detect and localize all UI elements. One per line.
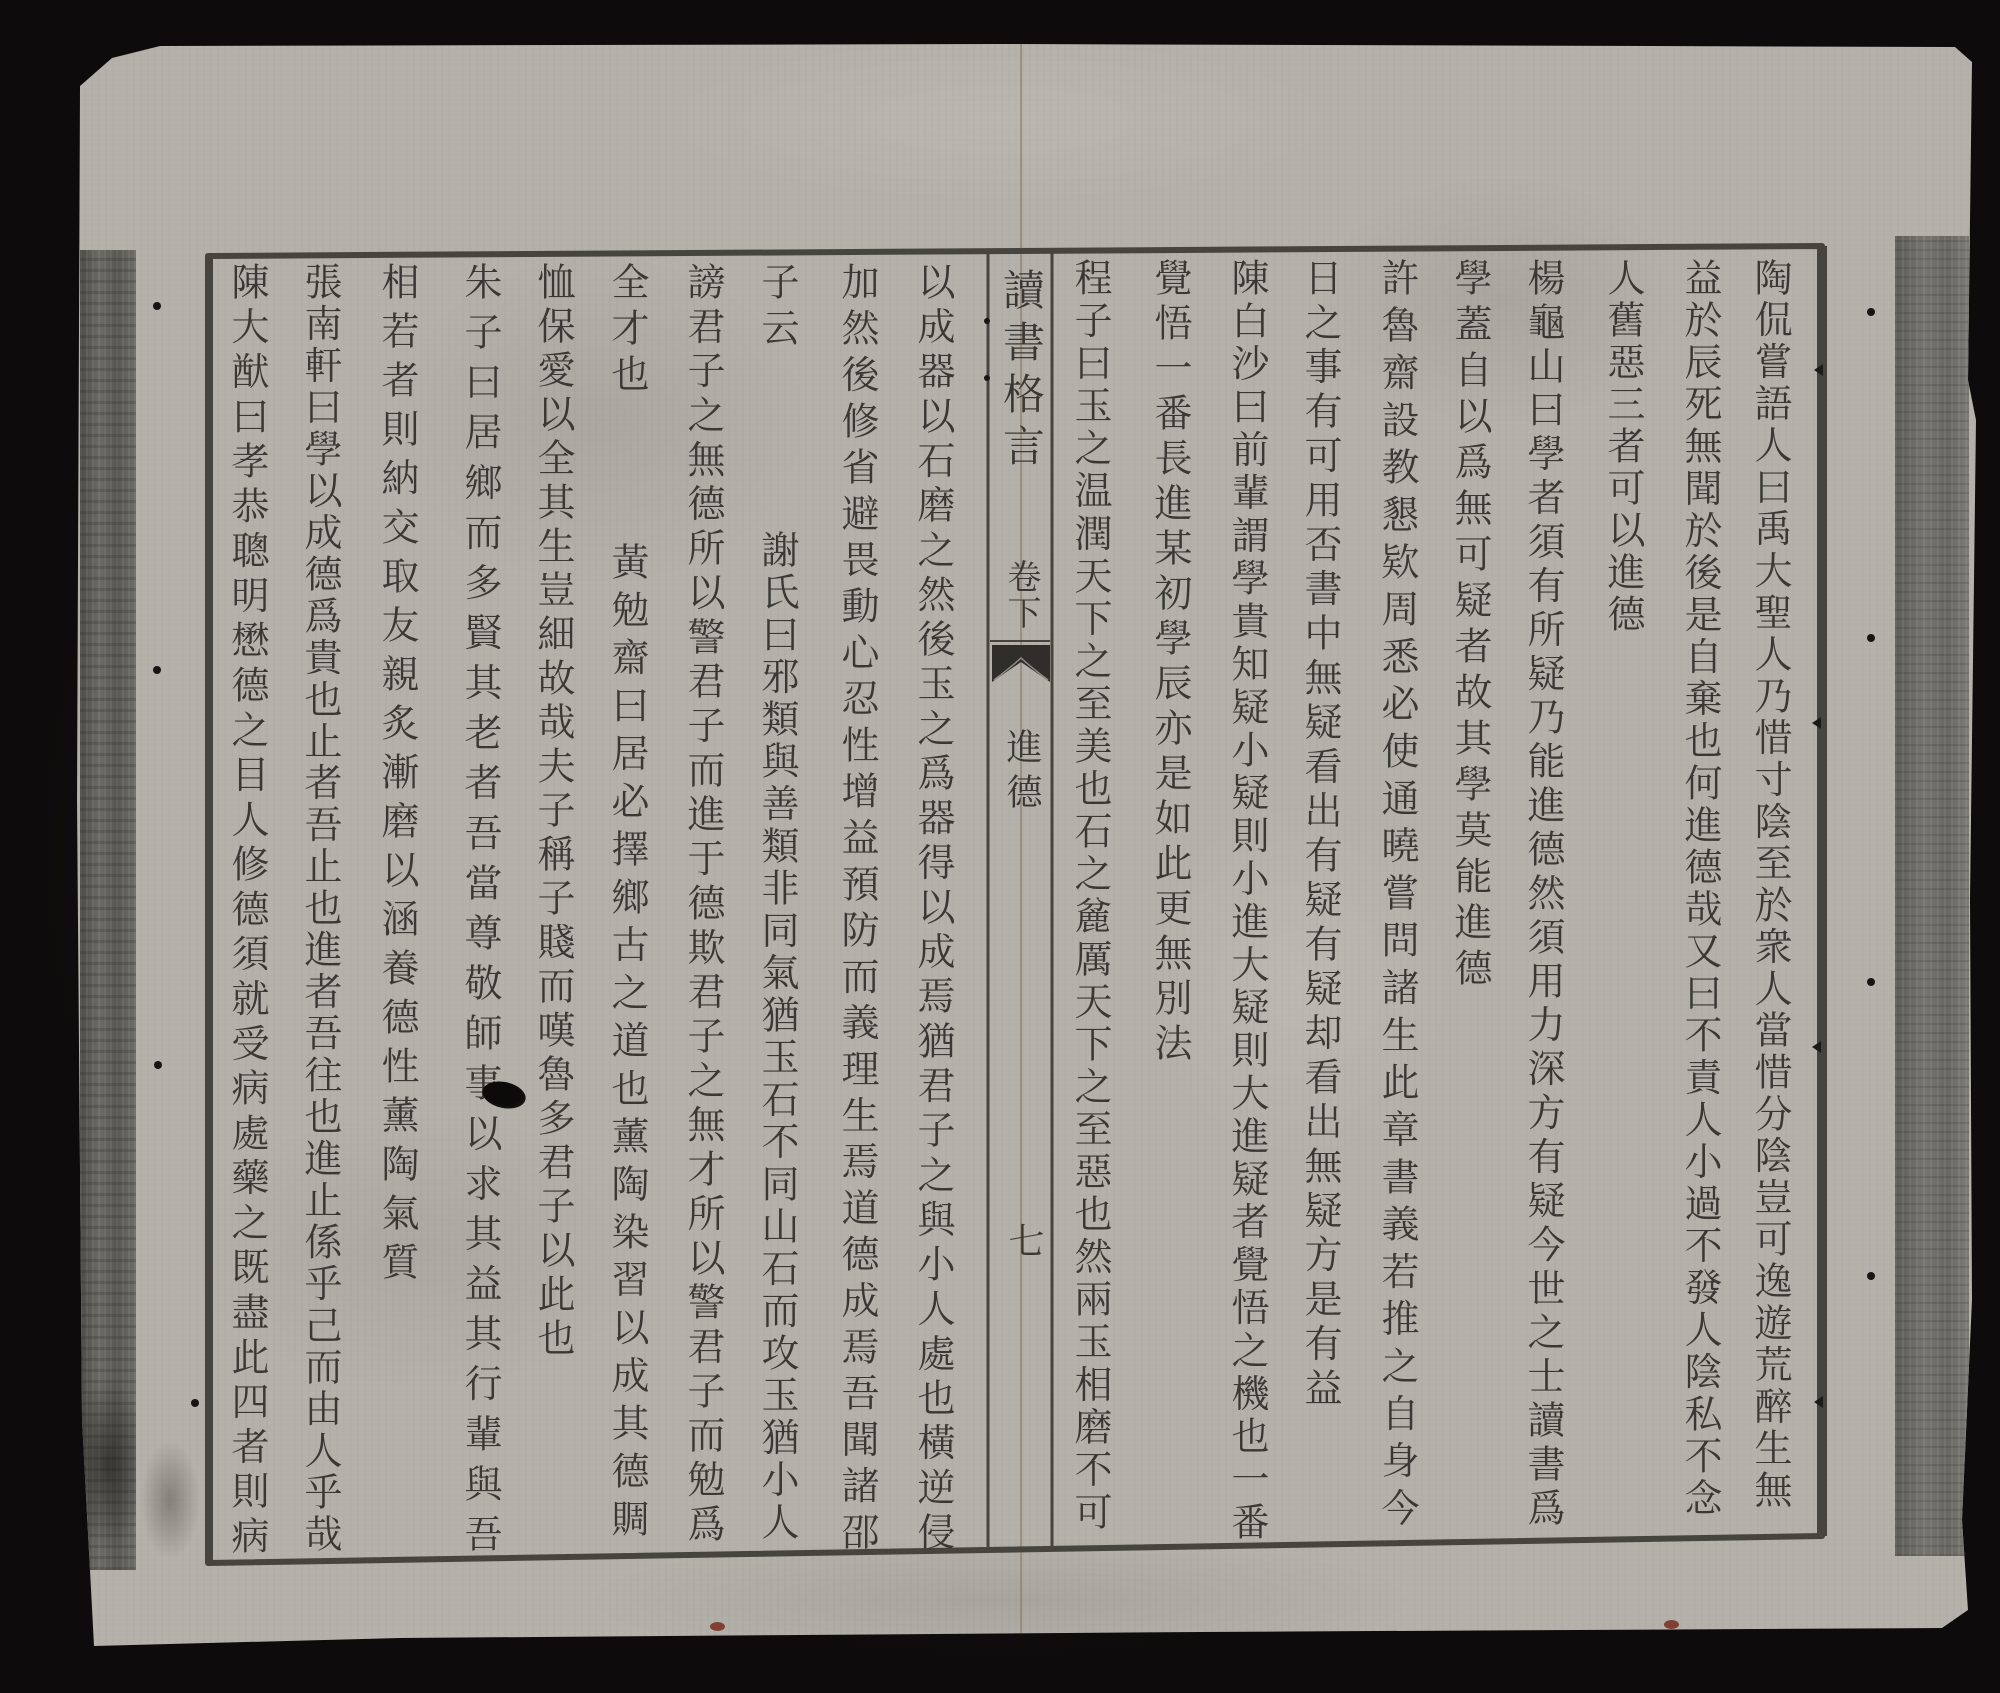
text-column: 覺悟一番長進某初學辰亦是如此更無別法 <box>1146 258 1194 1068</box>
binding-hole <box>154 1061 162 1069</box>
text-column: 陳大猷曰孝恭聰明懋德之目人修德須就受病處藥之既盡此四者則病 <box>223 262 271 1554</box>
text-column: 以成器以石磨之然後玉之爲器得以成焉猶君子之與小人處也橫逆侵 <box>909 262 957 1550</box>
text-column: 陶侃嘗語人曰禹大聖人乃惜寸陰至於衆人當惜分陰豈可逸遊荒醉生無 <box>1746 258 1794 1508</box>
section-label: 進德 <box>997 728 1045 818</box>
text-column-segment: 全才也 <box>603 262 651 400</box>
center-rule-dot <box>984 318 990 324</box>
volume-label: 卷下 <box>997 559 1045 631</box>
binding-hole <box>1867 978 1875 986</box>
text-column: 朱子曰居鄉而多賢其老者吾當尊敬師事以求其益其行輩與吾 <box>456 262 504 1552</box>
text-column: 程子曰玉之温潤天下之至美也石之麄厲天下之至惡也然兩玉相磨不可 <box>1066 258 1114 1530</box>
text-column: 學蓋自以爲無可疑者故其學莫能進德 <box>1446 258 1494 994</box>
text-column: 益於辰死無聞於後是自棄也何進德哉又曰不責人小過不發人陰私不念 <box>1676 258 1724 1516</box>
frame-notch-mark <box>1814 364 1823 376</box>
text-column-segment: 子云 <box>753 262 801 354</box>
frame-notch-mark <box>1814 1396 1823 1408</box>
binding-hole <box>153 302 161 310</box>
frame-notch-mark <box>1812 1041 1821 1053</box>
text-column: 日之事有可用否書中無疑看出有疑有疑却看出無疑方是有益 <box>1296 258 1344 1412</box>
paper-sheet: 讀書格言 卷下 進德 七 陶侃嘗語人曰禹大聖人乃惜寸陰至於衆人當惜分陰豈可逸遊荒… <box>0 0 2000 1693</box>
text-column: 恤保愛以全其生豈細故哉夫子稱子賤而嘆魯多君子以此也 <box>529 262 577 1362</box>
binding-hole <box>1867 1272 1875 1280</box>
red-stain <box>1664 1620 1679 1629</box>
text-column: 楊龜山曰學者須有所疑乃能進德然須用力深方有疑今世之士讀書爲 <box>1519 258 1567 1526</box>
text-column-segment: 謝氏曰邪類與善類非同氣猶玉石不同山石而攻玉猶小人 <box>753 530 801 1540</box>
page-number: 七 <box>999 1222 1047 1258</box>
text-column: 陳白沙曰前輩謂學貴知疑小疑則小進大疑則大進疑者覺悟之機也一番 <box>1223 258 1271 1540</box>
text-column: 謗君子之無德所以警君子而進于德欺君子之無才所以警君子而勉爲 <box>679 262 727 1542</box>
text-column: 許魯齋設教懇欵周悉必使通曉嘗問諸生此章書義若推之自身今 <box>1373 258 1421 1526</box>
binding-hole <box>1867 308 1875 316</box>
binding-hole <box>191 1399 199 1407</box>
text-column: 人舊惡三者可以進德 <box>1599 258 1647 636</box>
red-stain <box>710 1622 725 1631</box>
text-column: 加然後修省避畏動心忍性增益預防而義理生焉道德成焉吾聞諸邵 <box>833 262 881 1550</box>
binding-hole <box>153 666 161 674</box>
binding-hole <box>1867 634 1875 642</box>
text-column-segment: 黃勉齋曰居必擇鄉古之道也薰陶染習以成其德賙 <box>603 542 651 1537</box>
frame-notch-mark <box>1812 717 1821 729</box>
center-rule-dot <box>984 375 990 381</box>
scan-background: 讀書格言 卷下 進德 七 陶侃嘗語人曰禹大聖人乃惜寸陰至於衆人當惜分陰豈可逸遊荒… <box>0 0 2000 1693</box>
text-column: 相若者則納交取友親炙漸磨以涵養德性薰陶氣質 <box>373 262 421 1291</box>
text-column: 張南軒曰學以成德爲貴也止者吾止也進者吾往也進止係乎己而由人乎哉 <box>296 262 344 1552</box>
book-title: 讀書格言 <box>997 268 1045 476</box>
